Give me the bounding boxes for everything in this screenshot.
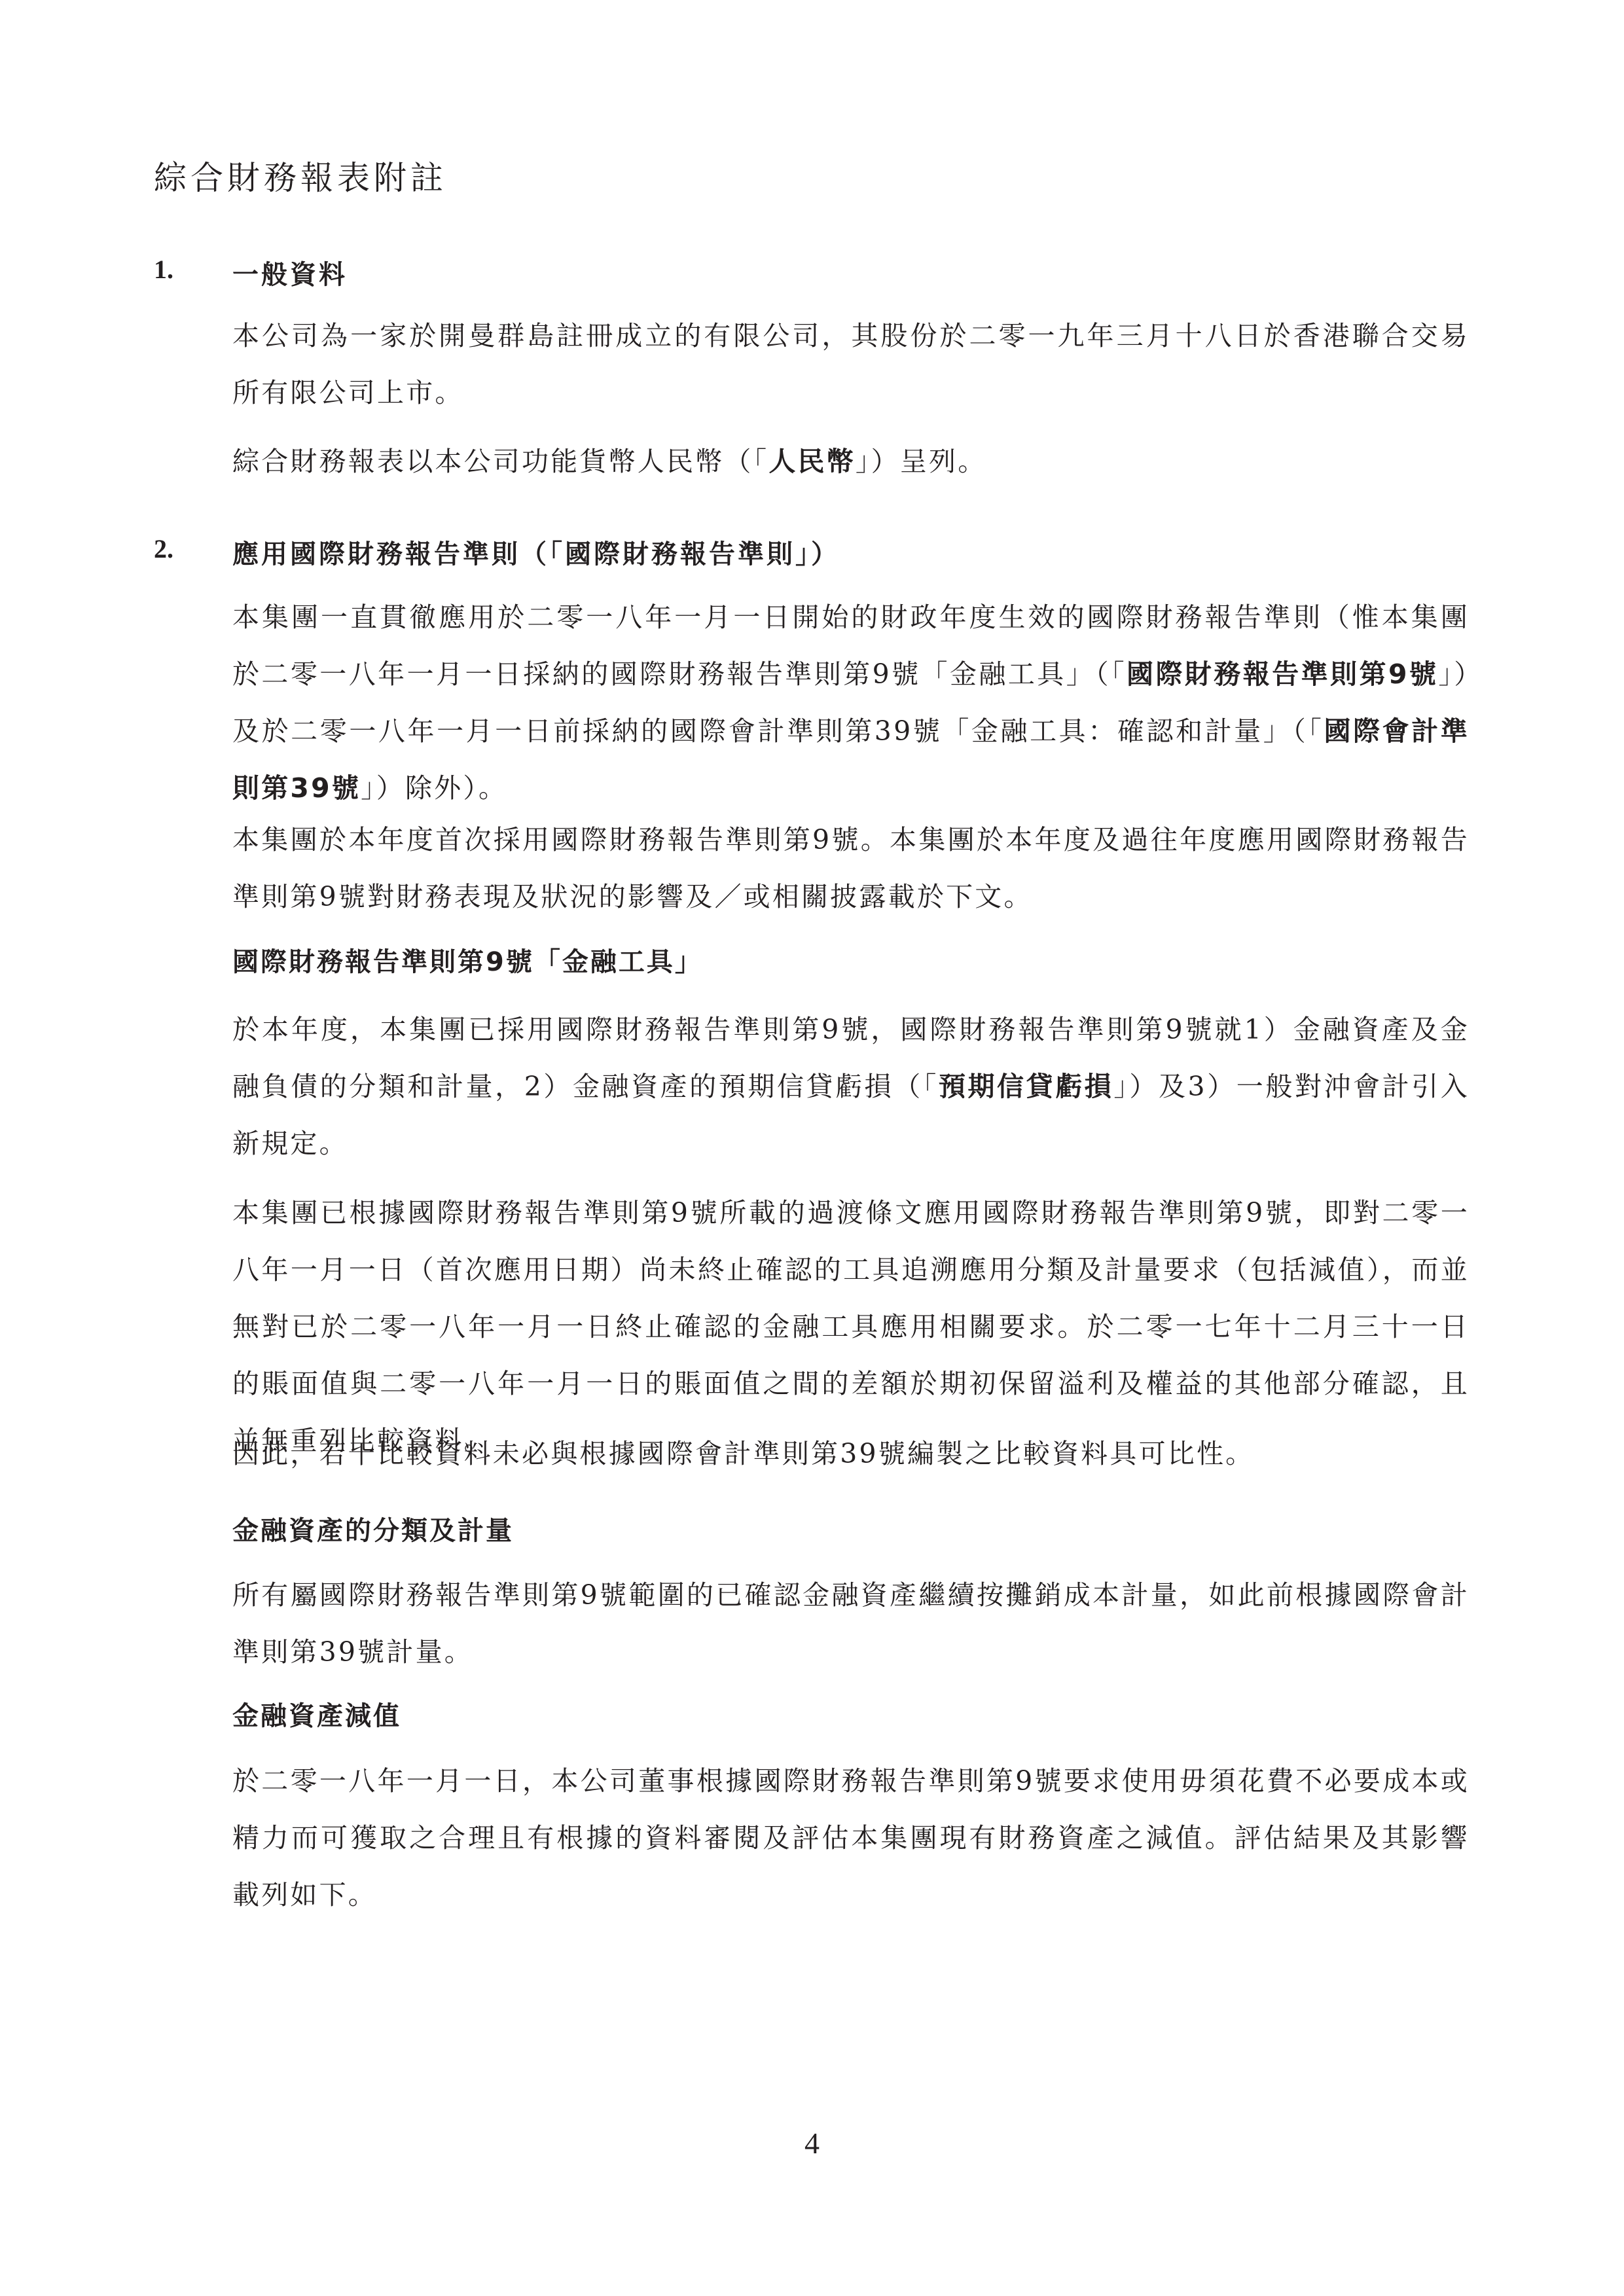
section-number: 1. bbox=[154, 254, 232, 291]
text: 」）呈列。 bbox=[856, 446, 987, 477]
defined-term: 人民幣 bbox=[768, 446, 856, 477]
page-title: 綜合財務報表附註 bbox=[154, 152, 447, 199]
defined-term: 國際財務報告準則第9號 bbox=[1127, 658, 1438, 690]
paragraph-ifrs-application: 本集團一直貫徹應用於二零一八年一月一日開始的財政年度生效的國際財務報告準則（惟本… bbox=[232, 589, 1470, 817]
section-2-heading: 2. 應用國際財務報告準則（「國際財務報告準則」） bbox=[154, 533, 840, 571]
text: 綜合財務報表以本公司功能貨幣人民幣（「 bbox=[232, 446, 768, 477]
paragraph-currency: 綜合財務報表以本公司功能貨幣人民幣（「人民幣」）呈列。 bbox=[232, 433, 1470, 490]
subsection-heading-ifrs9: 國際財務報告準則第9號「金融工具」 bbox=[232, 941, 703, 978]
page-number: 4 bbox=[0, 2126, 1624, 2161]
paragraph-ifrs9-new-requirements: 於本年度，本集團已採用國際財務報告準則第9號，國際財務報告準則第9號就1）金融資… bbox=[232, 1001, 1470, 1172]
section-title: 一般資料 bbox=[232, 254, 348, 291]
paragraph-impairment-review: 於二零一八年一月一日，本公司董事根據國際財務報告準則第9號要求使用毋須花費不必要… bbox=[232, 1753, 1470, 1924]
section-number: 2. bbox=[154, 533, 232, 571]
paragraph-first-adoption: 本集團於本年度首次採用國際財務報告準則第9號。本集團於本年度及過往年度應用國際財… bbox=[232, 812, 1470, 925]
paragraph-general-info: 本公司為一家於開曼群島註冊成立的有限公司，其股份於二零一九年三月十八日於香港聯合… bbox=[232, 308, 1470, 422]
section-title: 應用國際財務報告準則（「國際財務報告準則」） bbox=[232, 533, 840, 571]
paragraph-comparability: 因此，若干比較資料未必與根據國際會計準則第39號編製之比較資料具可比性。 bbox=[232, 1426, 1470, 1482]
document-page: 綜合財務報表附註 1. 一般資料 本公司為一家於開曼群島註冊成立的有限公司，其股… bbox=[0, 0, 1624, 2296]
defined-term: 預期信貸虧損 bbox=[939, 1071, 1113, 1102]
paragraph-amortised-cost: 所有屬國際財務報告準則第9號範圍的已確認金融資產繼續按攤銷成本計量，如此前根據國… bbox=[232, 1567, 1470, 1681]
subsection-heading-classification: 金融資產的分類及計量 bbox=[232, 1510, 514, 1547]
section-1-heading: 1. 一般資料 bbox=[154, 254, 348, 291]
subsection-heading-impairment: 金融資產減值 bbox=[232, 1695, 401, 1732]
text: 」）除外）。 bbox=[361, 772, 507, 804]
